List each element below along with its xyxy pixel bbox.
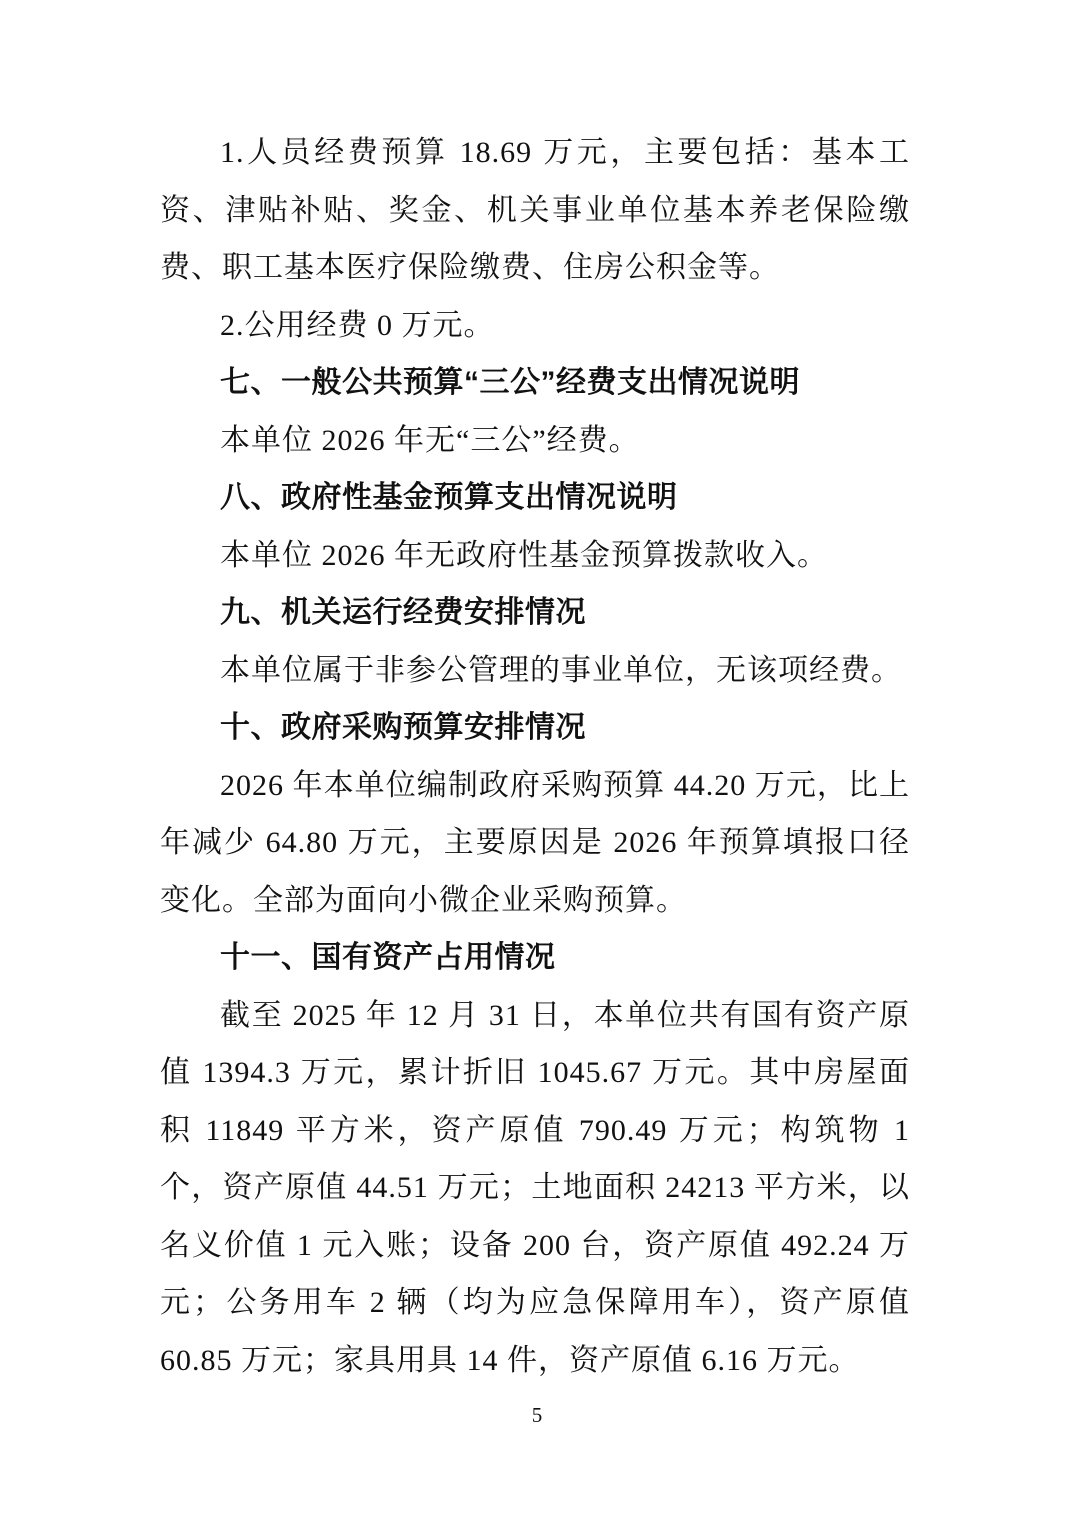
heading-section-11: 十一、国有资产占用情况 <box>160 929 910 987</box>
page-footer: 5 <box>0 1403 1074 1428</box>
paragraph-section-10-body: 2026 年本单位编制政府采购预算 44.20 万元，比上年减少 64.80 万… <box>160 757 910 930</box>
heading-section-9: 九、机关运行经费安排情况 <box>160 584 910 642</box>
paragraph-section-8-body: 本单位 2026 年无政府性基金预算拨款收入。 <box>160 527 910 585</box>
heading-section-7: 七、一般公共预算“三公”经费支出情况说明 <box>160 354 910 412</box>
page-number: 5 <box>532 1403 543 1427</box>
document-page: 1.人员经费预算 18.69 万元，主要包括：基本工资、津贴补贴、奖金、机关事业… <box>0 0 1074 1520</box>
document-content: 1.人员经费预算 18.69 万元，主要包括：基本工资、津贴补贴、奖金、机关事业… <box>160 124 910 1389</box>
paragraph-personnel-funds: 1.人员经费预算 18.69 万元，主要包括：基本工资、津贴补贴、奖金、机关事业… <box>160 124 910 297</box>
paragraph-section-9-body: 本单位属于非参公管理的事业单位，无该项经费。 <box>160 642 910 700</box>
paragraph-section-11-body: 截至 2025 年 12 月 31 日，本单位共有国有资产原值 1394.3 万… <box>160 987 910 1390</box>
heading-section-8: 八、政府性基金预算支出情况说明 <box>160 469 910 527</box>
paragraph-public-funds: 2.公用经费 0 万元。 <box>160 297 910 355</box>
heading-section-10: 十、政府采购预算安排情况 <box>160 699 910 757</box>
paragraph-section-7-body: 本单位 2026 年无“三公”经费。 <box>160 412 910 470</box>
